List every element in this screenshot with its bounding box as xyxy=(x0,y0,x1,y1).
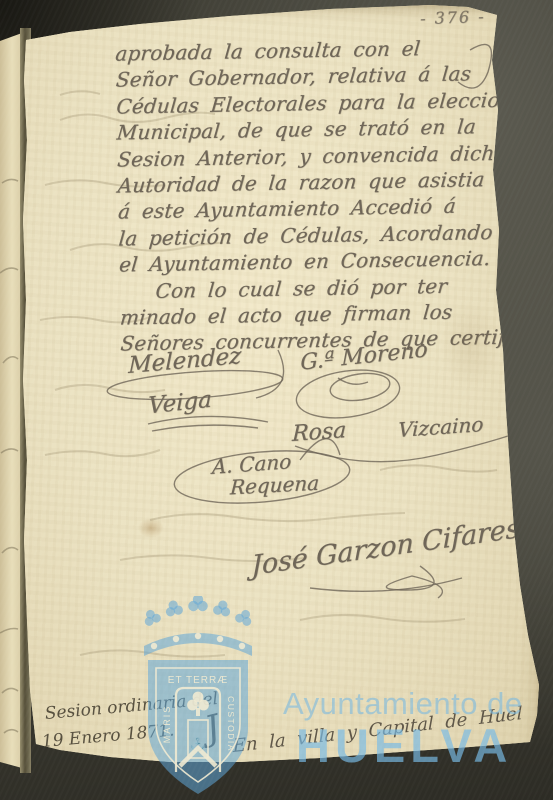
facing-page-edge xyxy=(0,33,22,768)
age-spot xyxy=(138,518,164,538)
signature-rubrics xyxy=(0,0,553,800)
age-spot xyxy=(440,300,500,390)
archive-scan-photo: - 376 - aprobada la consulta con el Seño… xyxy=(0,0,553,800)
manuscript-page: - 376 - aprobada la consulta con el Seño… xyxy=(0,0,553,800)
facing-page-ink-marks xyxy=(0,33,22,768)
